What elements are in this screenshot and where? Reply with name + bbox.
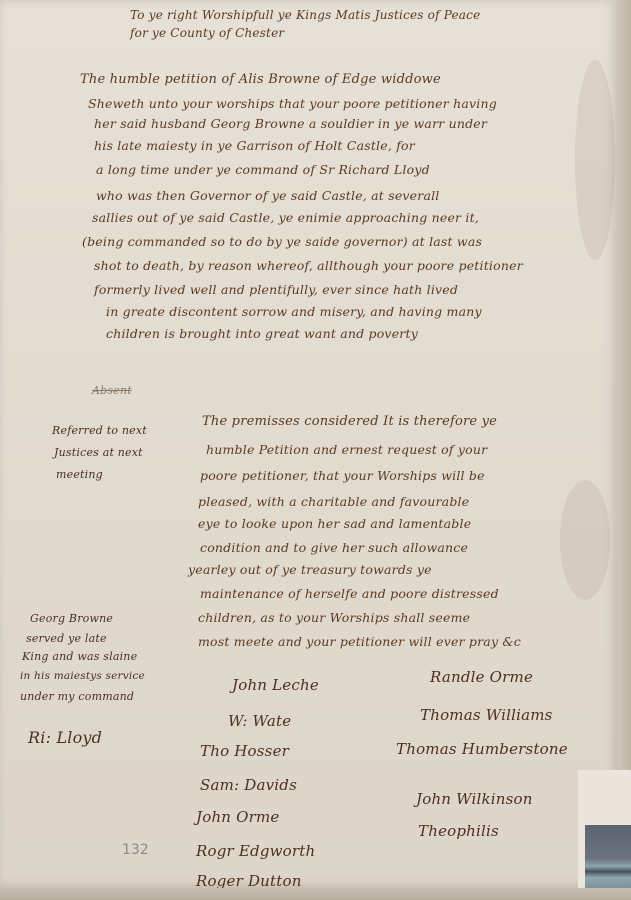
signature: John Wilkinson xyxy=(416,790,533,808)
referral-note-line: Justices at next xyxy=(54,446,143,459)
referral-note-line: Referred to next xyxy=(52,424,147,437)
certificate-signature: Ri: Lloyd xyxy=(28,728,102,747)
prayer-line: children, as to your Worships shall seem… xyxy=(198,610,470,625)
petition-line: formerly lived well and plentifully, eve… xyxy=(94,282,458,297)
prayer-line: most meete and your petitioner will ever… xyxy=(198,634,521,649)
signature: John Orme xyxy=(196,808,280,826)
petition-line: in greate discontent sorrow and misery, … xyxy=(106,304,482,319)
referral-note-line: meeting xyxy=(56,468,103,481)
petition-line: Sheweth unto your worships that your poo… xyxy=(88,96,497,111)
petition-line: children is brought into great want and … xyxy=(106,326,418,341)
page-edge xyxy=(617,0,631,900)
prayer-line: condition and to give her such allowance xyxy=(200,540,468,555)
certificate-line: Georg Browne xyxy=(30,612,113,625)
address-line-1: To ye right Worshipfull ye Kings Matis J… xyxy=(130,8,480,22)
petition-line: her said husband Georg Browne a souldier… xyxy=(94,116,487,131)
certificate-line: under my command xyxy=(20,690,134,703)
paper-stain xyxy=(560,480,610,600)
signature: Sam: Davids xyxy=(200,776,297,794)
signature: Rogr Edgworth xyxy=(196,842,315,860)
signature: John Leche xyxy=(232,676,319,694)
address-line-2: for ye County of Chester xyxy=(130,26,284,40)
certificate-line: served ye late xyxy=(26,632,107,645)
prayer-line: The premisses considered It is therefore… xyxy=(202,414,497,429)
prayer-line: eye to looke upon her sad and lamentable xyxy=(198,516,471,531)
petition-line: who was then Governor of ye said Castle,… xyxy=(96,188,440,203)
manuscript-page: To ye right Worshipfull ye Kings Matis J… xyxy=(0,0,618,888)
signature: Theophilis xyxy=(418,822,499,840)
prayer-line: yearley out of ye treasury towards ye xyxy=(188,562,432,577)
petition-line: a long time under ye command of Sr Richa… xyxy=(96,162,430,177)
petition-line: (being commanded so to do by ye saide go… xyxy=(82,234,482,249)
signature: Randle Orme xyxy=(430,668,533,686)
petition-line: his late maiesty in ye Garrison of Holt … xyxy=(94,138,415,153)
page-bottom-edge xyxy=(0,888,631,900)
petition-line: shot to death, by reason whereof, alltho… xyxy=(94,258,523,273)
signature: Thomas Humberstone xyxy=(396,740,568,758)
certificate-line: in his maiestys service xyxy=(20,670,145,682)
paper-stain xyxy=(575,60,615,260)
certificate-line: King and was slaine xyxy=(22,650,137,663)
signature: Tho Hosser xyxy=(200,742,289,760)
prayer-line: humble Petition and ernest request of yo… xyxy=(206,442,487,457)
struck-margin-note: Absent xyxy=(92,384,132,397)
signature: W: Wate xyxy=(228,712,291,730)
signature: Thomas Williams xyxy=(420,706,553,724)
prayer-line: pleased, with a charitable and favourabl… xyxy=(198,494,469,509)
folio-number: 132 xyxy=(122,842,149,858)
prayer-line: maintenance of herselfe and poore distre… xyxy=(200,586,499,601)
petition-line: sallies out of ye said Castle, ye enimie… xyxy=(92,210,479,225)
petition-line: The humble petition of Alis Browne of Ed… xyxy=(80,72,441,87)
prayer-line: poore petitioner, that your Worships wil… xyxy=(200,468,485,483)
